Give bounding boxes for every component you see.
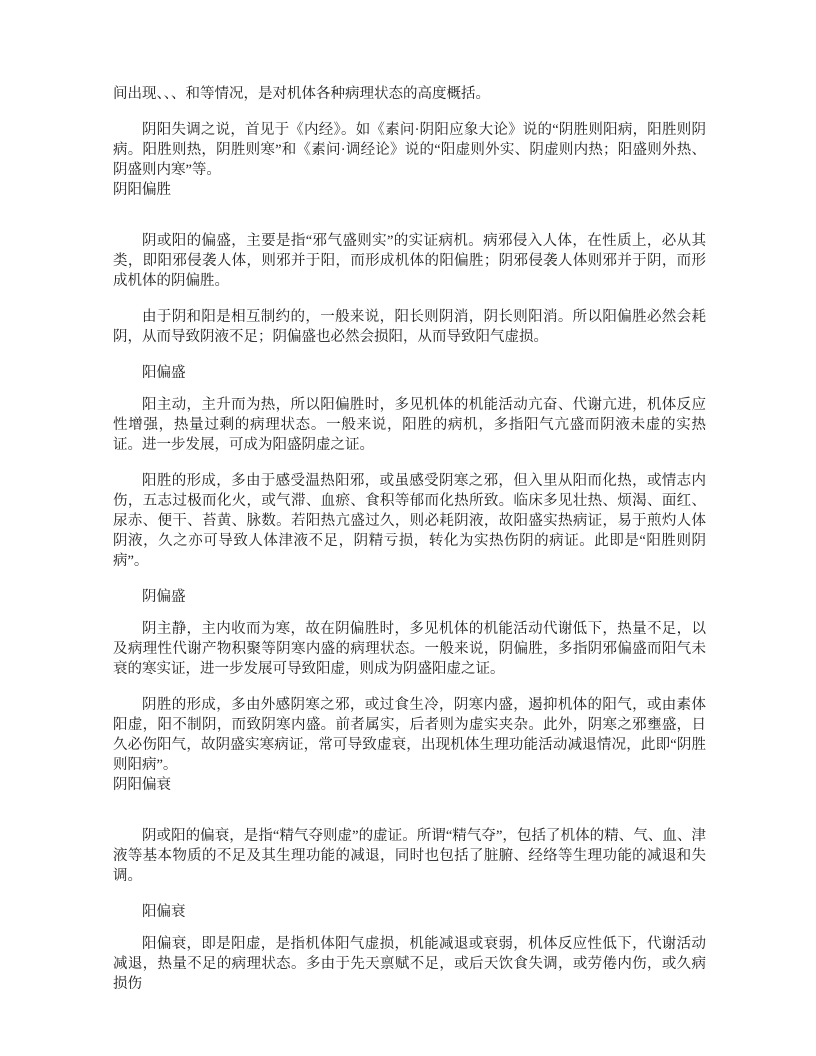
sub-heading-yang-pianshuai: 阳偏衰 xyxy=(113,902,706,922)
paragraph: 由于阴和阳是相互制约的，一般来说，阳长则阴消，阴长则阳消。所以阳偏胜必然会耗阴，… xyxy=(113,307,706,347)
section-heading-yinyang-pianshuai: 阴阳偏衰 xyxy=(113,775,706,795)
paragraph-continuation: 间出现、、、和等情况，是对机体各种病理状态的高度概括。 xyxy=(113,84,706,104)
paragraph: 阴或阳的偏盛，主要是指“邪气盛则实”的实证病机。病邪侵入人体，在性质上，必从其类… xyxy=(113,231,706,291)
paragraph: 阳偏衰，即是阳虚，是指机体阳气虚损，机能减退或衰弱，机体反应性低下，代谢活动减退… xyxy=(113,934,706,994)
paragraph: 阴或阳的偏衰，是指“精气夺则虚”的虚证。所谓“精气夺”，包括了机体的精、气、血、… xyxy=(113,826,706,886)
paragraph: 阴阳失调之说，首见于《内经》。如《素问·阴阳应象大论》说的“阴胜则阳病，阳胜则阴… xyxy=(113,120,706,180)
paragraph: 阳胜的形成，多由于感受温热阳邪，或虽感受阴寒之邪，但入里从阳而化热，或情志内伤，… xyxy=(113,471,706,571)
section-heading-yinyang-piansheng: 阴阳偏胜 xyxy=(113,180,706,200)
paragraph: 阳主动，主升而为热，所以阳偏胜时，多见机体的机能活动亢奋、代谢亢进，机体反应性增… xyxy=(113,395,706,455)
paragraph: 阴胜的形成，多由外感阴寒之邪，或过食生冷，阴寒内盛，遏抑机体的阳气，或由素体阳虚… xyxy=(113,695,706,775)
sub-heading-yin-piansheng: 阴偏盛 xyxy=(113,587,706,607)
paragraph: 阴主静，主内收而为寒，故在阴偏胜时，多见机体的机能活动代谢低下，热量不足，以及病… xyxy=(113,619,706,679)
document-page: 间出现、、、和等情况，是对机体各种病理状态的高度概括。 阴阳失调之说，首见于《内… xyxy=(0,0,816,1056)
sub-heading-yang-piansheng: 阳偏盛 xyxy=(113,363,706,383)
